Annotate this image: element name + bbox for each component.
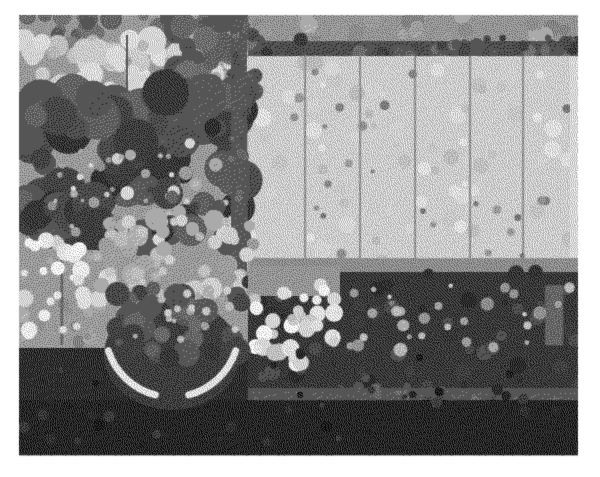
dithered-photo-figure: [0, 0, 600, 477]
photo-canvas: [0, 0, 600, 477]
page: [0, 0, 600, 477]
